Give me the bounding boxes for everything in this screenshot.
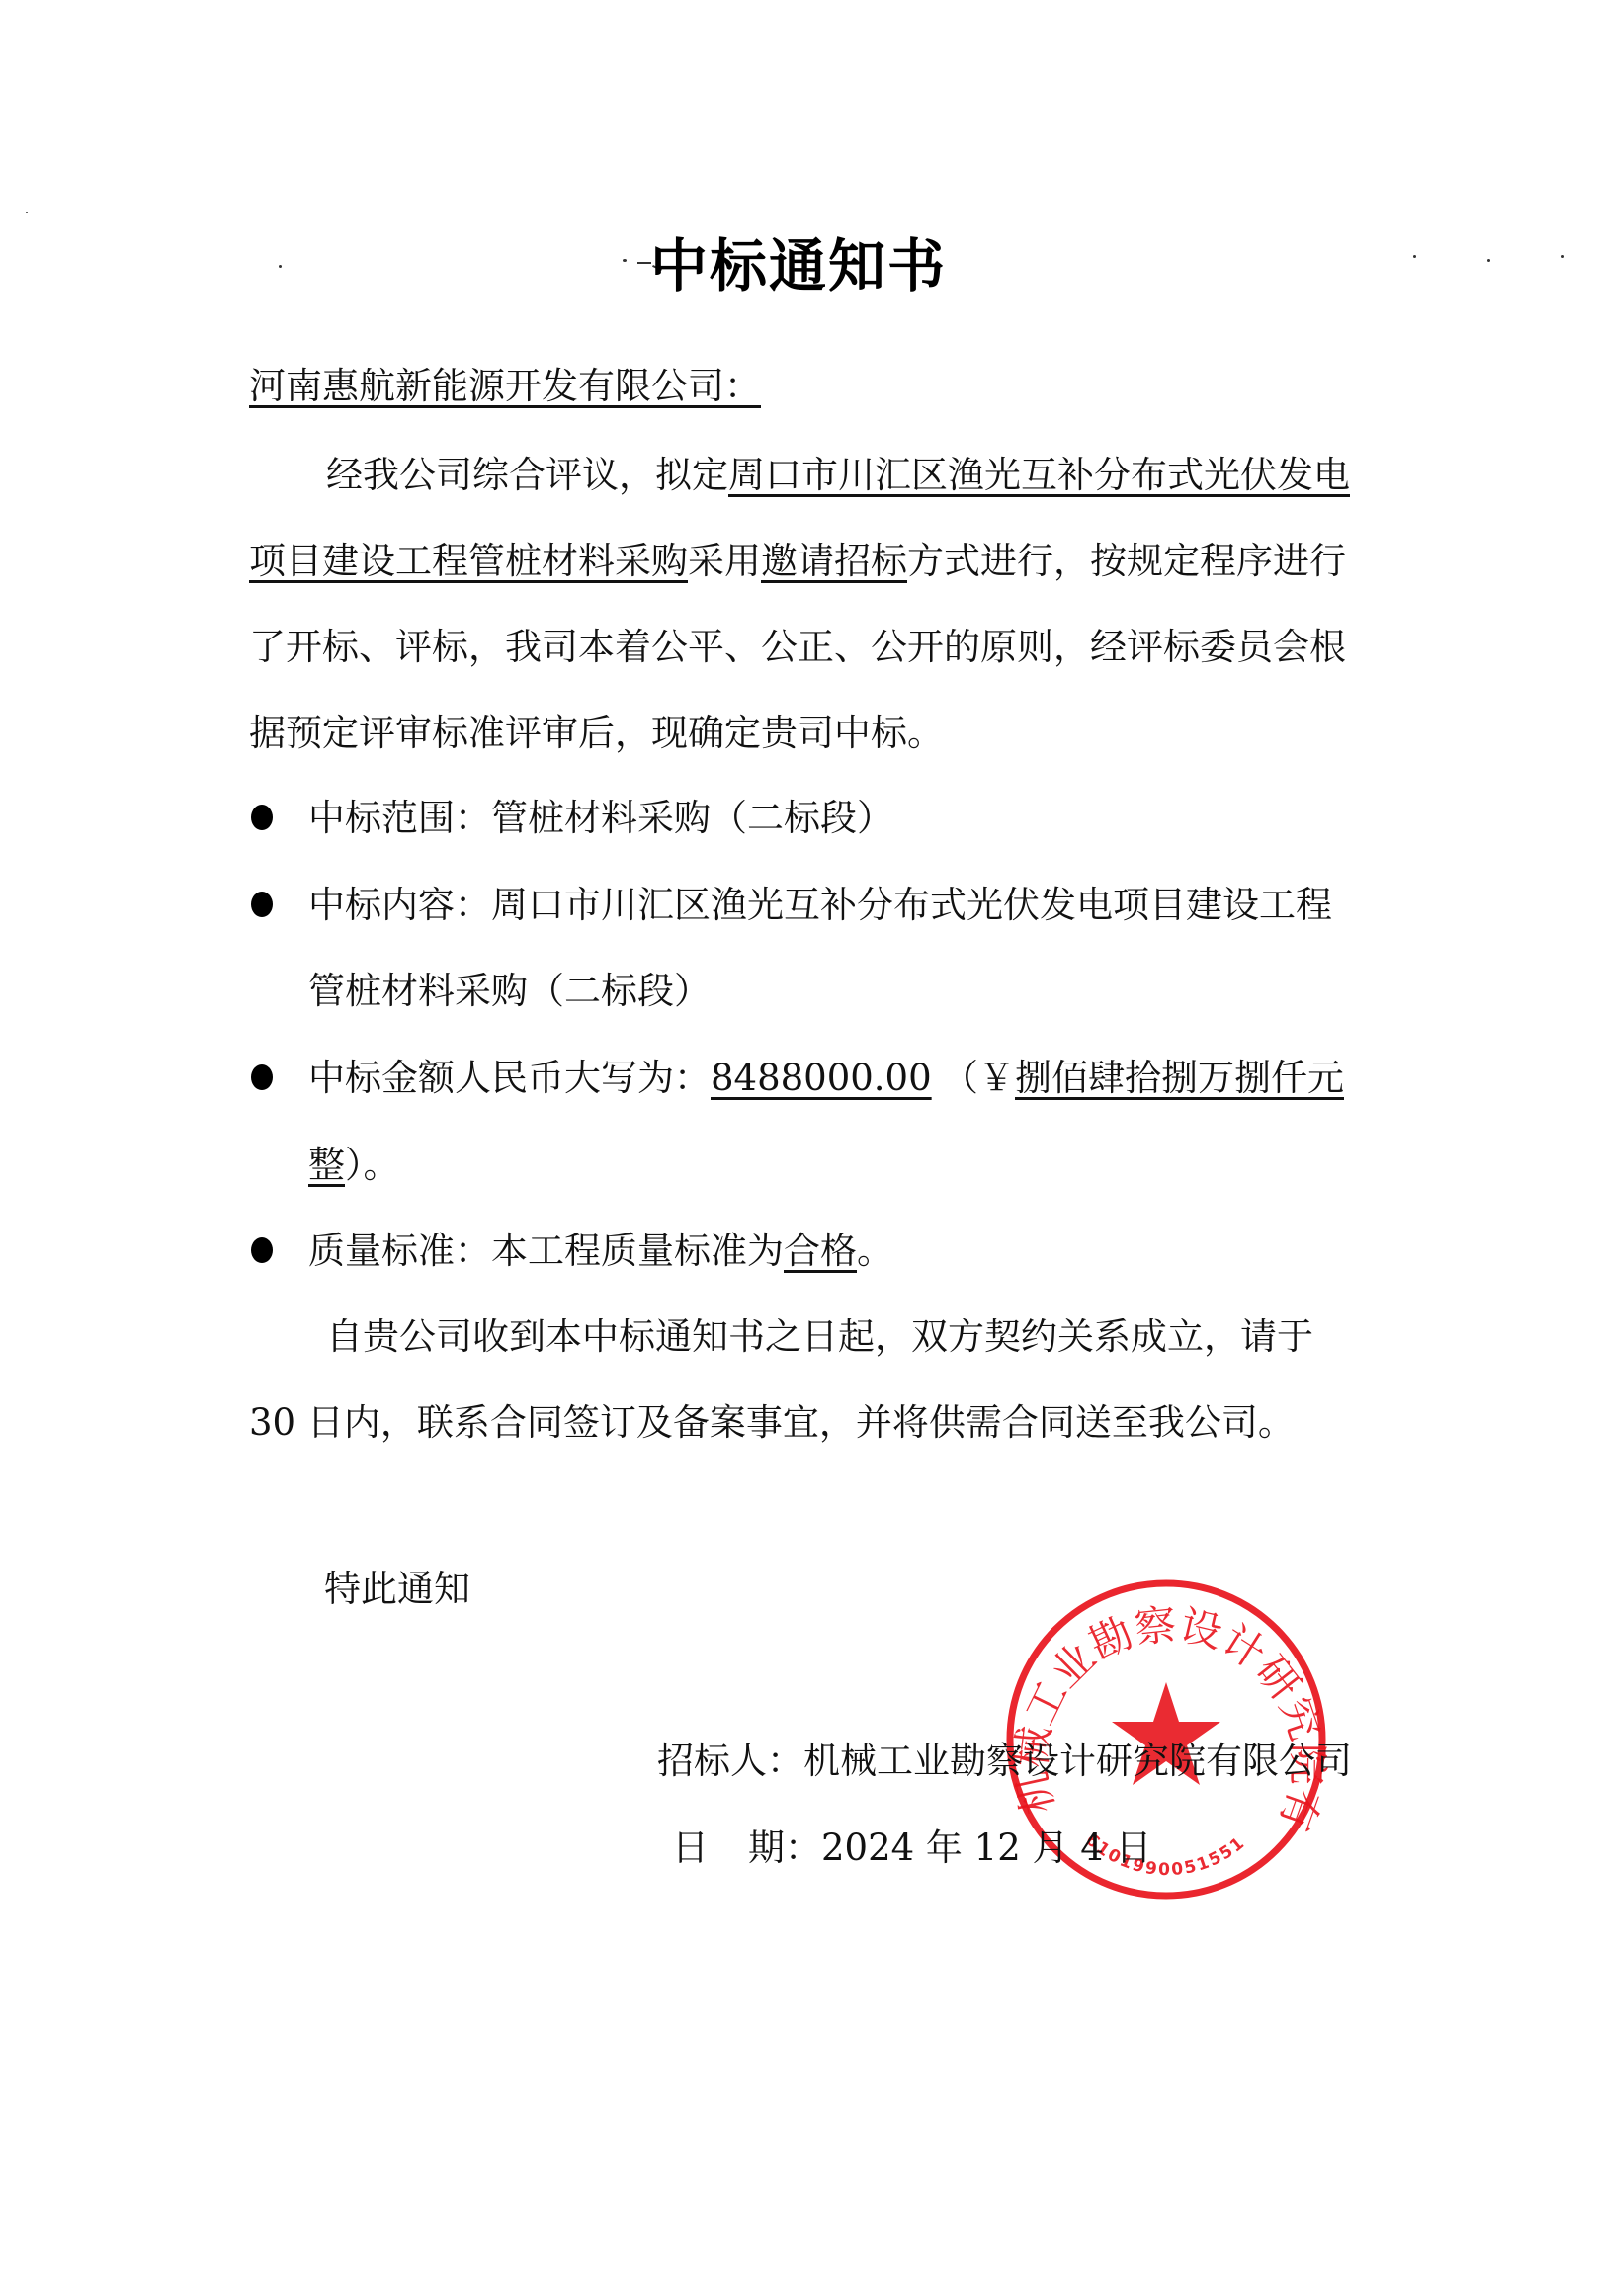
bullet-icon bbox=[251, 1064, 273, 1090]
item-content: 中标内容：周口市川汇区渔光互补分布式光伏发电项目建设工程 bbox=[308, 884, 1332, 927]
item-amount: 中标金额人民币大写为：8488000.00（￥捌佰肆拾捌万捌仟元 bbox=[308, 1057, 1344, 1100]
bullet-icon bbox=[251, 892, 273, 917]
item-content-cont: 管桩材料采购（二标段） bbox=[308, 970, 711, 1013]
tender-method: 邀请招标 bbox=[761, 540, 907, 582]
item-label: 中标金额人民币大写为： bbox=[308, 1057, 711, 1099]
item-scope: 中标范围：管桩材料采购（二标段） bbox=[308, 797, 893, 840]
item-value: 周口市川汇区渔光互补分布式光伏发电项目建设工程 bbox=[491, 884, 1332, 926]
scan-speck bbox=[26, 212, 28, 213]
date-label: 期： bbox=[748, 1827, 821, 1869]
tenderer-label: 招标人： bbox=[657, 1740, 803, 1782]
date-value: 2024 年 12 月 4 日 bbox=[821, 1827, 1152, 1869]
bullet-icon bbox=[251, 805, 273, 830]
item-label: 中标内容： bbox=[308, 884, 491, 926]
document-page: 中标通知书 河南惠航新能源开发有限公司： 经我公司综合评议，拟定周口市川汇区渔光… bbox=[0, 0, 1597, 2296]
intro-line-1: 经我公司综合评议，拟定周口市川汇区渔光互补分布式光伏发电 bbox=[326, 454, 1350, 497]
quality-standard: 合格 bbox=[784, 1230, 857, 1272]
notice-text: 特此通知 bbox=[324, 1568, 470, 1611]
intro-text: 采用 bbox=[688, 540, 761, 582]
item-value: 。 bbox=[857, 1230, 893, 1272]
intro-line-3: 了开标、评标，我司本着公平、公正、公开的原则，经评标委员会根 bbox=[249, 626, 1346, 669]
item-amount-cont: 整）。 bbox=[308, 1144, 400, 1187]
intro-line-4: 据预定评审标准评审后，现确定贵司中标。 bbox=[249, 712, 944, 755]
date-line: 日期：2024 年 12 月 4 日 bbox=[672, 1827, 1152, 1870]
recipient-company: 河南惠航新能源开发有限公司： bbox=[249, 365, 761, 407]
project-name: 周口市川汇区渔光互补分布式光伏发电 bbox=[728, 454, 1350, 496]
amount-words: 整 bbox=[308, 1144, 345, 1186]
amount-close: ）。 bbox=[345, 1144, 400, 1186]
recipient-line: 河南惠航新能源开发有限公司： bbox=[249, 365, 761, 408]
item-value: 本工程质量标准为 bbox=[491, 1230, 784, 1272]
date-label: 日 bbox=[672, 1827, 709, 1869]
item-value: 管桩材料采购（二标段） bbox=[491, 797, 893, 839]
item-label: 质量标准： bbox=[308, 1230, 491, 1272]
document-title: 中标通知书 bbox=[0, 219, 1597, 302]
amount-words: 捌佰肆拾捌万捌仟元 bbox=[1015, 1057, 1344, 1099]
intro-line-2: 项目建设工程管桩材料采购采用邀请招标方式进行，按规定程序进行 bbox=[249, 540, 1346, 583]
amount-paren: （￥ bbox=[942, 1057, 1015, 1099]
tenderer-name: 机械工业勘察设计研究院有限公司 bbox=[803, 1740, 1352, 1782]
item-label: 中标范围： bbox=[308, 797, 491, 839]
bullet-icon bbox=[251, 1237, 273, 1263]
closing-line-2: 30 日内，联系合同签订及备案事宜，并将供需合同送至我公司。 bbox=[249, 1402, 1295, 1445]
closing-line-1: 自贵公司收到本中标通知书之日起，双方契约关系成立，请于 bbox=[326, 1316, 1313, 1359]
intro-text: 经我公司综合评议，拟定 bbox=[326, 454, 728, 496]
bid-amount: 8488000.00 bbox=[711, 1057, 942, 1100]
project-name: 项目建设工程管桩材料采购 bbox=[249, 540, 688, 582]
intro-text: 方式进行，按规定程序进行 bbox=[907, 540, 1346, 582]
item-quality: 质量标准：本工程质量标准为合格。 bbox=[308, 1230, 893, 1273]
tenderer-line: 招标人：机械工业勘察设计研究院有限公司 bbox=[657, 1740, 1352, 1783]
